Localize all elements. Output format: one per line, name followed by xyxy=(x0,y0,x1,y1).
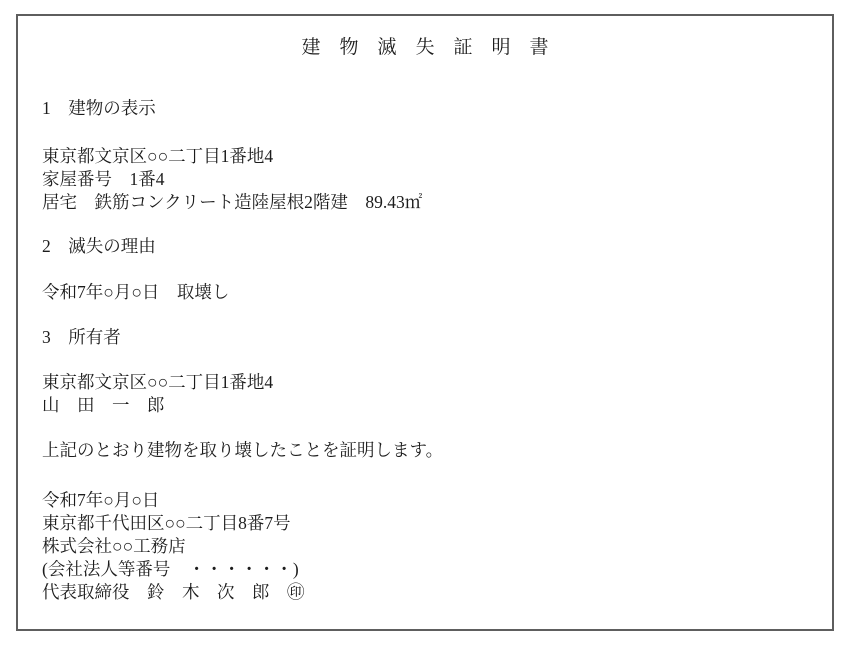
corporate-number-line: (会社法人等番号 ・・・・・・) xyxy=(42,558,850,581)
issuer-address-line: 東京都千代田区○○二丁目8番7号 xyxy=(42,512,850,535)
document-content: 建 物 滅 失 証 明 書 1 建物の表示 東京都文京区○○二丁目1番地4 家屋… xyxy=(0,0,850,604)
document-title: 建 物 滅 失 証 明 書 xyxy=(0,36,850,59)
owner-name-line: 山 田 一 郎 xyxy=(42,394,850,417)
building-description-line: 居宅 鉄筋コンクリート造陸屋根2階建 89.43㎡ xyxy=(42,191,850,214)
building-address-line: 東京都文京区○○二丁目1番地4 xyxy=(42,145,850,168)
owner-address-line: 東京都文京区○○二丁目1番地4 xyxy=(42,371,850,394)
representative-line: 代表取締役 鈴 木 次 郎 ㊞ xyxy=(42,581,850,604)
issuer-company-line: 株式会社○○工務店 xyxy=(42,535,850,558)
certification-statement: 上記のとおり建物を取り壊したことを証明します。 xyxy=(42,439,850,462)
issue-date-line: 令和7年○月○日 xyxy=(42,489,850,512)
section-1-heading: 1 建物の表示 xyxy=(42,97,850,120)
certificate-page: 建 物 滅 失 証 明 書 1 建物の表示 東京都文京区○○二丁目1番地4 家屋… xyxy=(0,0,850,648)
section-2-heading: 2 滅失の理由 xyxy=(42,235,850,258)
seal-stamp-icon: ㊞ xyxy=(287,582,305,602)
loss-date-line: 令和7年○月○日 取壊し xyxy=(42,281,850,304)
representative-name: 代表取締役 鈴 木 次 郎 xyxy=(42,582,287,602)
section-3-heading: 3 所有者 xyxy=(42,326,850,349)
house-number-line: 家屋番号 1番4 xyxy=(42,168,850,191)
